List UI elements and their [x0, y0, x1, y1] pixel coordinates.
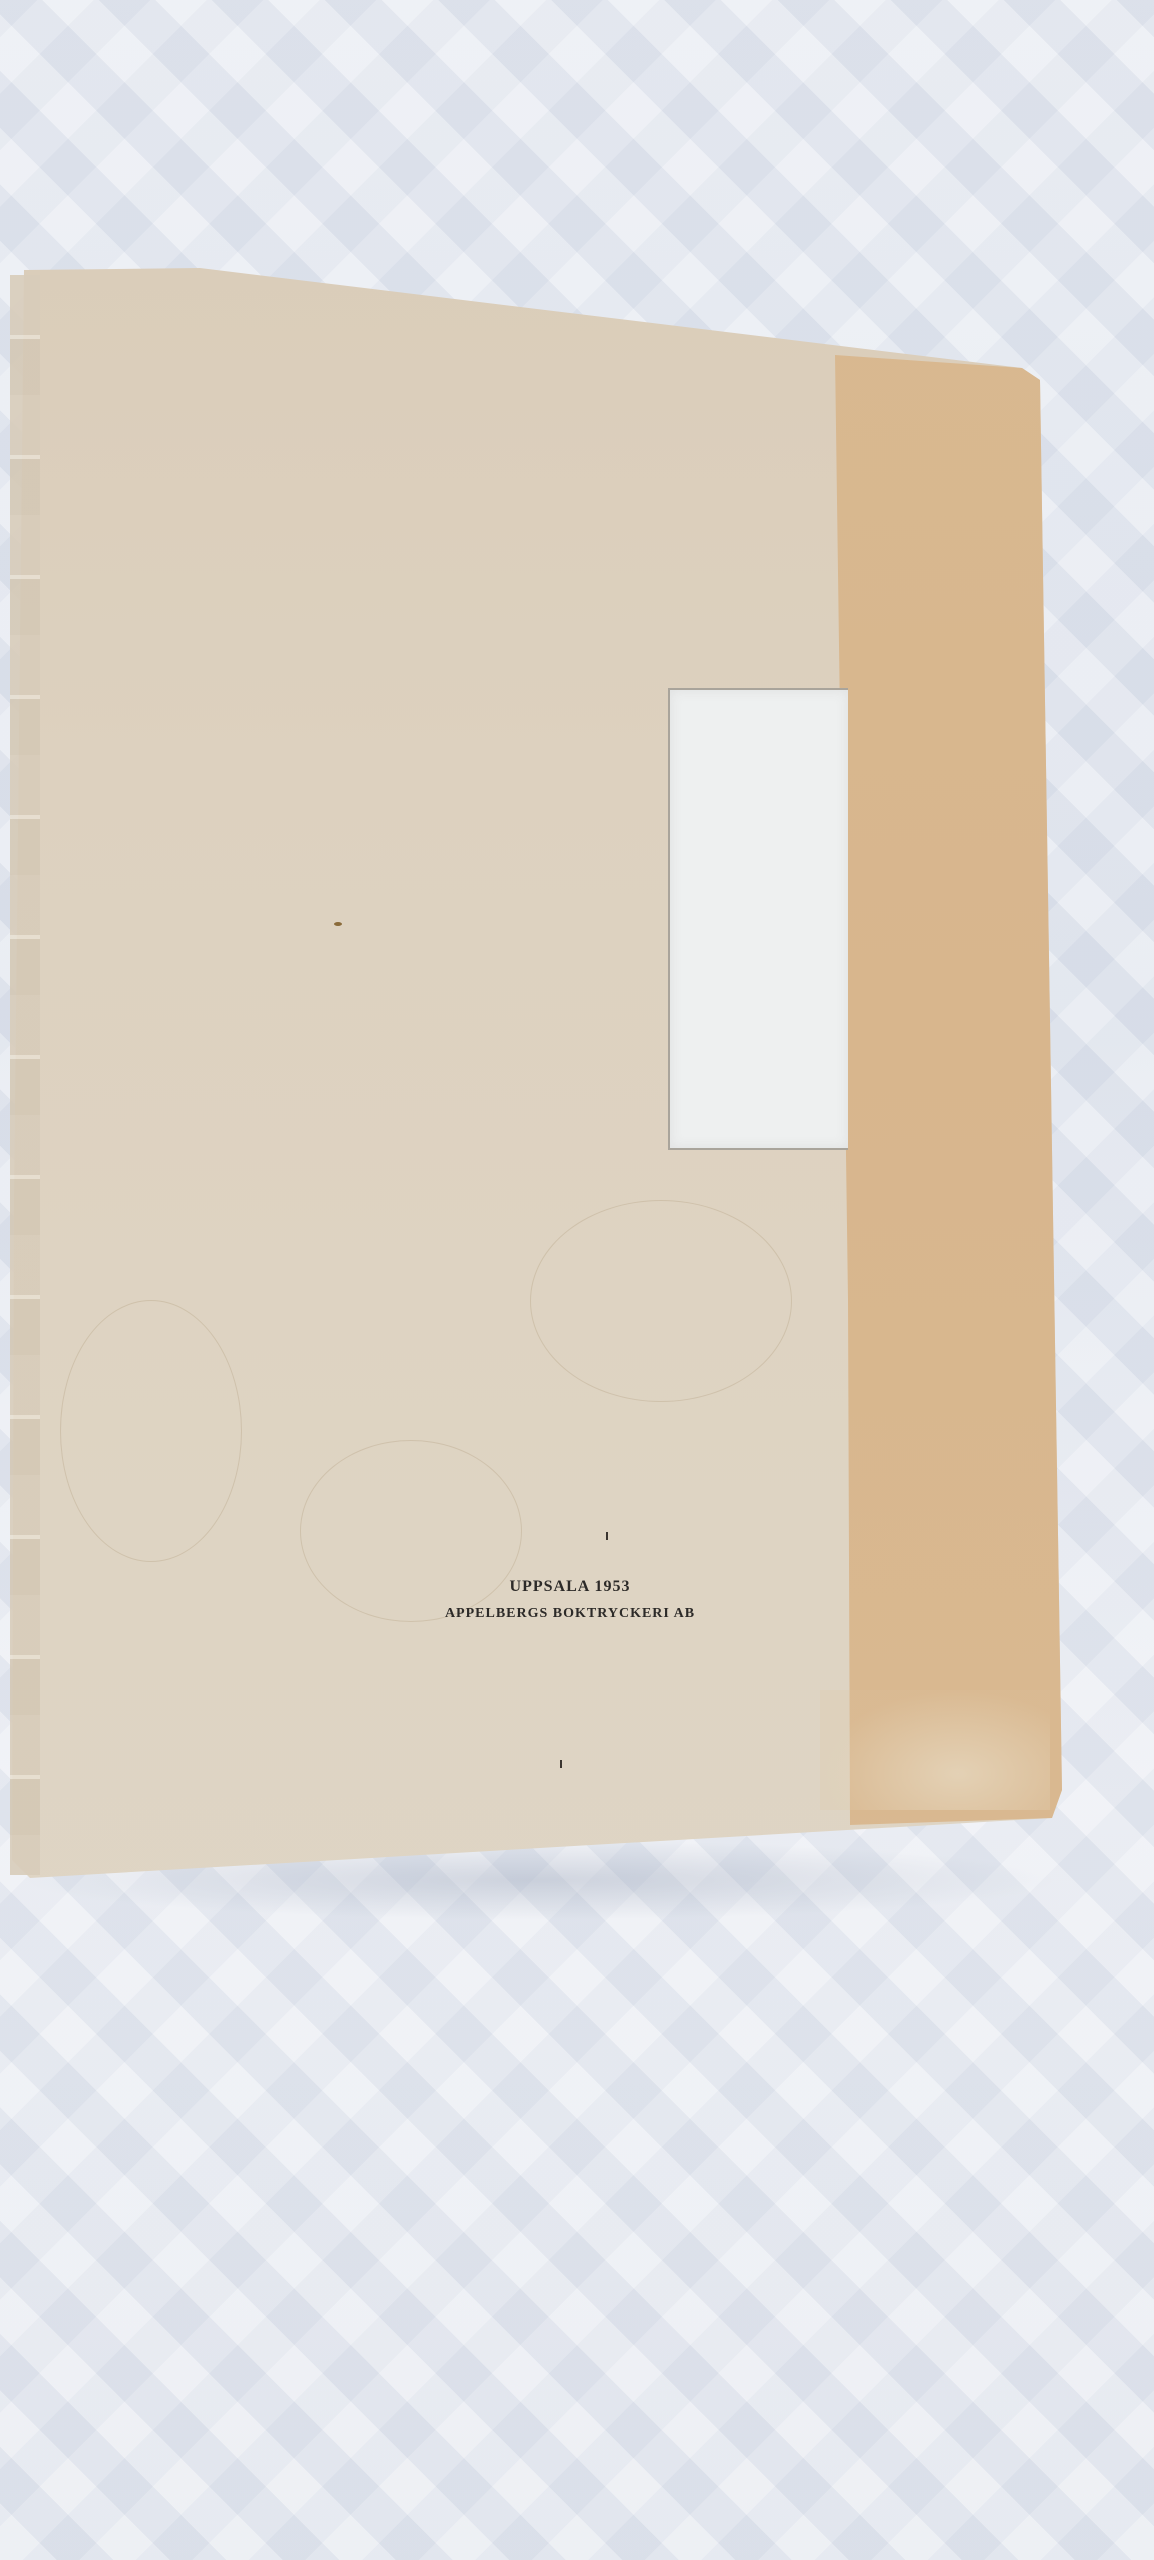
- worn-spine-edge: [10, 275, 40, 1875]
- white-paper-label: [668, 688, 848, 1150]
- book-back-cover: UPPSALA 1953 APPELBERGS BOKTRYCKERI AB: [0, 0, 1154, 2560]
- ink-mark: [606, 1532, 608, 1540]
- ink-spot: [334, 922, 342, 926]
- water-stain: [530, 1200, 792, 1402]
- imprint-place-year: UPPSALA 1953: [420, 1578, 720, 1596]
- damaged-corner: [820, 1690, 1050, 1810]
- printer-imprint: UPPSALA 1953 APPELBERGS BOKTRYCKERI AB: [420, 1578, 720, 1622]
- ink-mark: [560, 1760, 562, 1768]
- imprint-printer: APPELBERGS BOKTRYCKERI AB: [420, 1606, 720, 1622]
- water-stain: [60, 1300, 242, 1562]
